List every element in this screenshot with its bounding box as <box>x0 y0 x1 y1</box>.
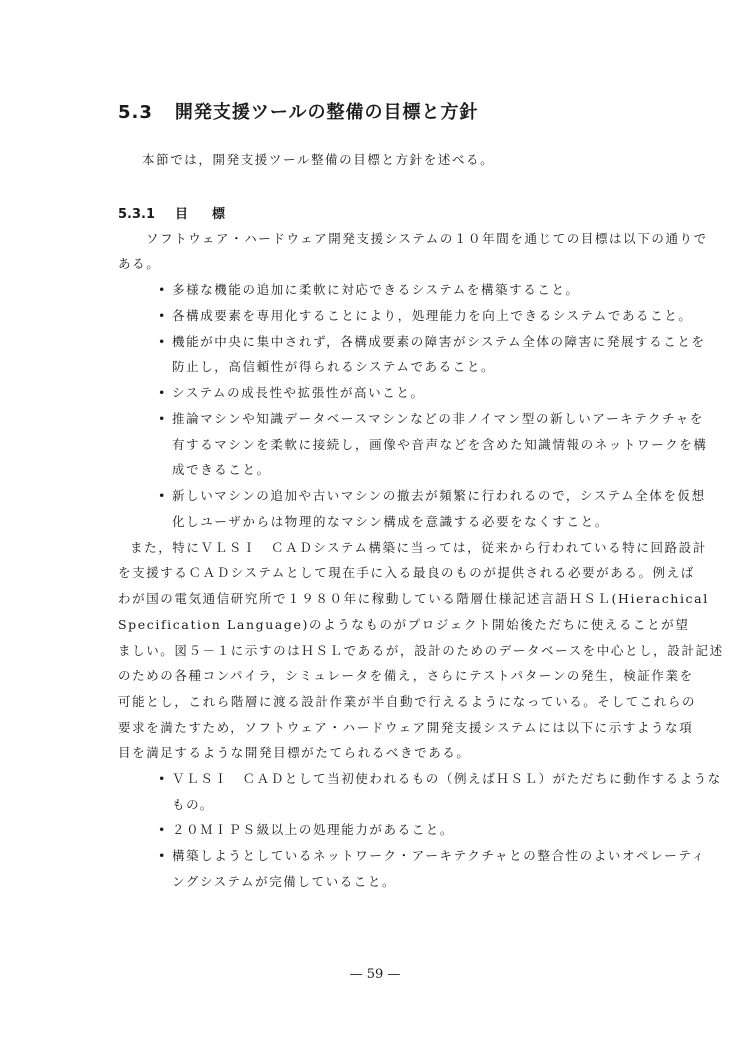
bullet-item: 新しいマシンの追加や古いマシンの撤去が頻繁に行われるので，システム全体を仮想 <box>158 486 706 504</box>
bullet-item: システムの成長性や拡張性が高いこと。 <box>158 383 425 401</box>
bullet-item: 構築しようとしているネットワーク・アーキテクチャとの整合性のよいオペレーティ <box>158 846 706 864</box>
section-number: 5.3 <box>118 102 153 123</box>
paragraph-line: 可能とし，これら階層に渡る設計作業が半自動で行えるようになっている。そしてこれら… <box>118 692 696 710</box>
paragraph-line: ましい。図５－１に示すのはＨＳＬであるが，設計のためのデータベースを中心とし，設… <box>118 641 724 659</box>
subsection-number: 5.3.1 <box>118 207 155 222</box>
bullet-continuation: 有するマシンを柔軟に接続し，画像や音声などを含めた知識情報のネットワークを構 <box>172 435 708 453</box>
subsection-heading: 5.3.1目標 <box>118 203 249 222</box>
bullet-item: ＶＬＳＩ ＣＡＤとして当初使われるもの（例えばＨＳＬ）がただちに動作するような <box>158 769 722 787</box>
bullet-continuation: ングシステムが完備していること。 <box>172 872 396 890</box>
paragraph-line: を支援するＣＡＤシステムとして現在手に入る最良のものが提供される必要がある。例え… <box>118 563 695 581</box>
paragraph-line: のための各種コンパイラ，シミュレータを備え，さらにテストパターンの発生，検証作業… <box>118 666 694 684</box>
section-heading: 5.3開発支援ツールの整備の目標と方針 <box>118 98 479 124</box>
bullet-continuation: もの。 <box>172 795 214 813</box>
bullet-item: ２０ＭＩＰＳ級以上の処理能力があること。 <box>158 820 454 838</box>
document-page: 5.3開発支援ツールの整備の目標と方針 本節では，開発支援ツール整備の目標と方針… <box>0 0 750 1054</box>
subsection-title: 目標 <box>175 207 249 222</box>
paragraph-line: また，特にＶＬＳＩ ＣＡＤシステム構築に当っては，従来から行われている特に回路設… <box>130 538 707 556</box>
bullet-continuation: 成できること。 <box>172 460 271 478</box>
paragraph-line: 要求を満たすため，ソフトウェア・ハードウェア開発支援システムには以下に示すような… <box>118 718 693 736</box>
paragraph-line: Specification Language)のようなものがプロジェクト開始後た… <box>118 615 689 633</box>
paragraph-line: ソフトウェア・ハードウェア開発支援システムの１０年間を通じての目標は以下の通りで <box>146 229 708 247</box>
bullet-item: 推論マシンや知識データベースマシンなどの非ノイマン型の新しいアーキテクチャを <box>158 409 704 427</box>
page-number: — 59 — <box>0 967 750 982</box>
bullet-item: 多様な機能の追加に柔軟に対応できるシステムを構築すること。 <box>158 280 580 298</box>
bullet-continuation: 防止し，高信頼性が得られるシステムであること。 <box>172 357 495 375</box>
bullet-item: 各構成要素を専用化することにより，処理能力を向上できるシステムであること。 <box>158 306 692 324</box>
paragraph-line: ある。 <box>118 254 160 272</box>
paragraph-line: わが国の電気通信研究所で１９８０年に稼動している階層仕様記述言語ＨＳＬ(Hier… <box>118 589 709 607</box>
section-intro: 本節では，開発支援ツール整備の目標と方針を述べる。 <box>142 150 494 168</box>
paragraph-line: 目を満足するような開発目標がたてられるべきである。 <box>118 743 471 761</box>
bullet-item: 機能が中央に集中されず，各構成要素の障害がシステム全体の障害に発展することを <box>158 332 706 350</box>
section-title: 開発支援ツールの整備の目標と方針 <box>175 102 479 123</box>
bullet-continuation: 化しユーザからは物理的なマシン構成を意識する必要をなくすこと。 <box>172 512 609 530</box>
